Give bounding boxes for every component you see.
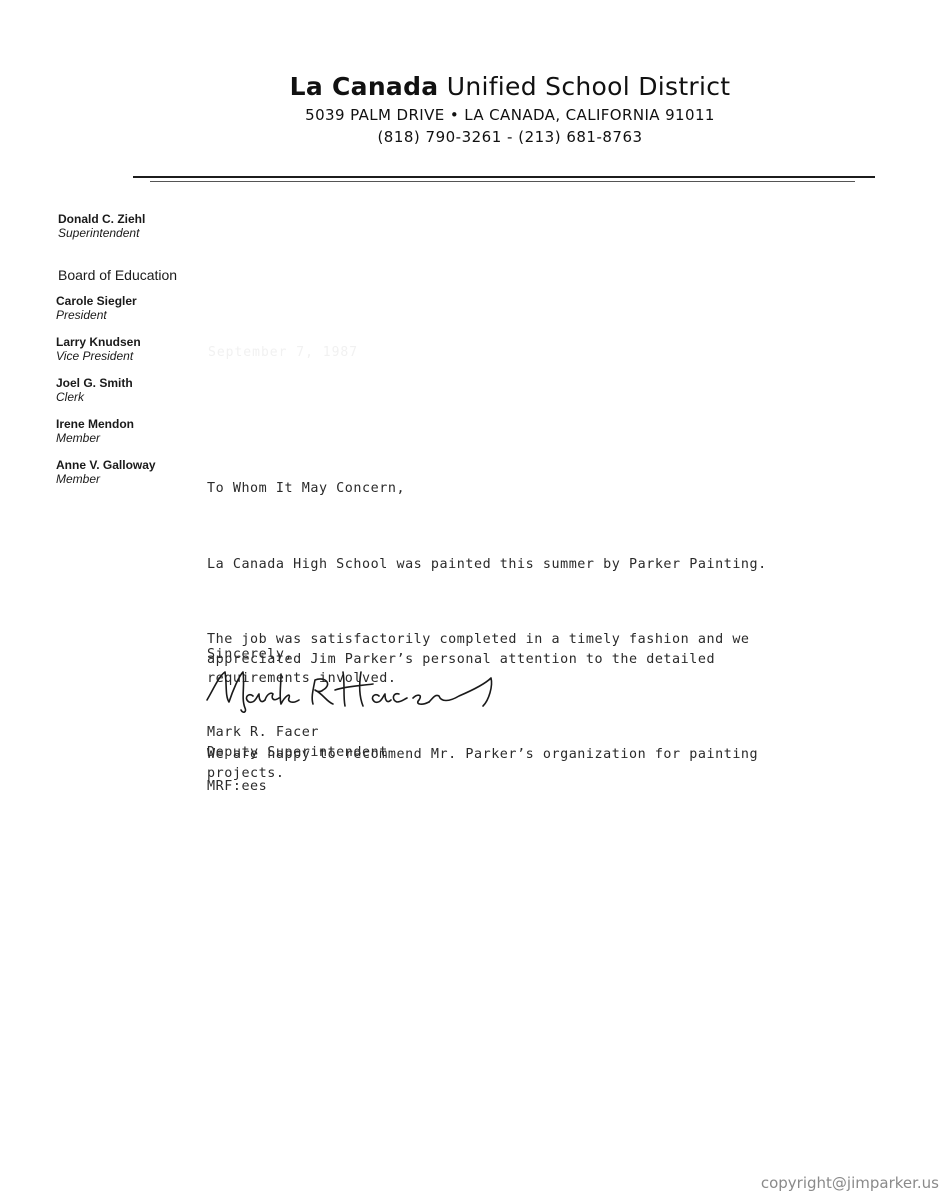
district-name-bold: La Canada [290,72,439,101]
sidebar: Donald C. Ziehl Superintendent Board of … [56,212,206,499]
district-address: 5039 PALM DRIVE • LA CANADA, CALIFORNIA … [200,104,820,126]
letterhead: La Canada Unified School District 5039 P… [200,72,820,148]
letter-date: September 7, 1987 [208,345,358,360]
letterhead-divider [133,176,875,178]
signature-icon [203,660,503,720]
person-name: Larry Knudsen [56,335,206,349]
signature [203,660,503,720]
board-member: Carole Siegler President [56,294,206,322]
district-phones: (818) 790-3261 - (213) 681-8763 [200,126,820,148]
person-name: Donald C. Ziehl [58,212,206,226]
paragraph: La Canada High School was painted this s… [207,555,847,575]
person-name: Irene Mendon [56,417,206,431]
district-name-rest: Unified School District [447,72,731,101]
board-member: Anne V. Galloway Member [56,458,206,486]
district-name: La Canada Unified School District [200,72,820,102]
signer-name: Mark R. Facer [207,723,388,743]
person-role: Vice President [56,349,206,363]
board-member: Joel G. Smith Clerk [56,376,206,404]
person-role: Superintendent [58,226,206,240]
copyright-notice: copyright@jimparker.us [761,1174,939,1192]
board-title: Board of Education [58,268,206,282]
person-role: Member [56,472,206,486]
board-member: Larry Knudsen Vice President [56,335,206,363]
person-name: Anne V. Galloway [56,458,206,472]
person-role: Clerk [56,390,206,404]
board-member: Irene Mendon Member [56,417,206,445]
signer-block: Mark R. Facer Deputy Superintendent [207,723,388,762]
signer-title: Deputy Superintendent [207,743,388,763]
person-role: President [56,308,206,322]
person-role: Member [56,431,206,445]
letterhead-divider-thin [150,181,855,182]
person-name: Joel G. Smith [56,376,206,390]
person-name: Carole Siegler [56,294,206,308]
salutation: To Whom It May Concern, [207,479,847,499]
superintendent: Donald C. Ziehl Superintendent [58,212,206,240]
letter-body: To Whom It May Concern, La Canada High S… [207,440,847,820]
reference-initials: MRF:ees [207,779,267,794]
